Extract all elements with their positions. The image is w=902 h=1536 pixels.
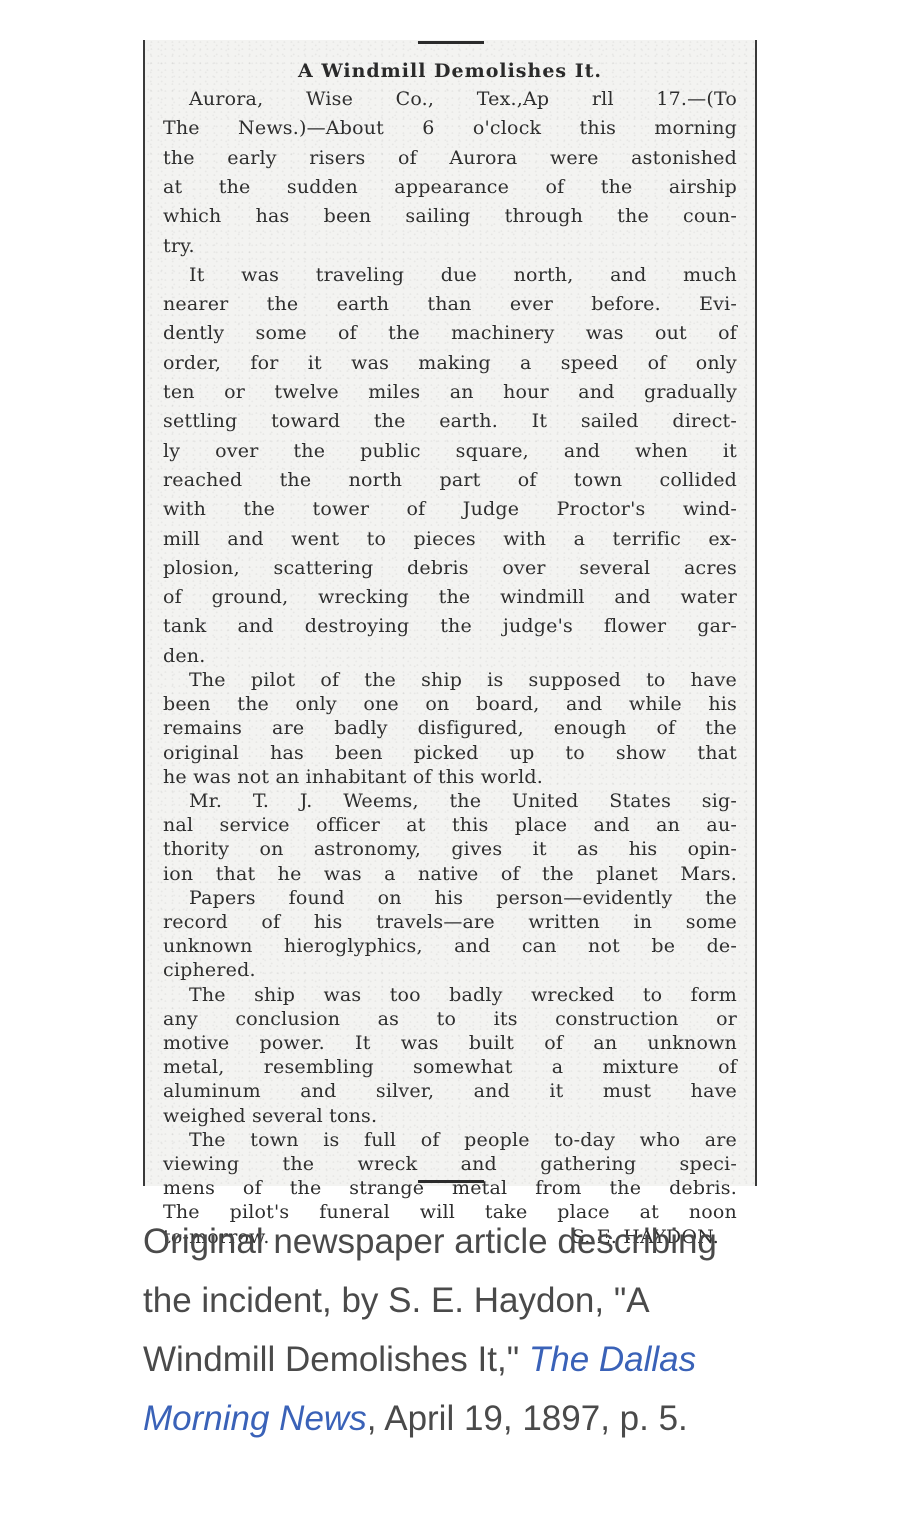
- article-line: remains are badly disfigured, enough of …: [163, 719, 737, 738]
- article-line: which has been sailing through the coun-: [163, 207, 737, 226]
- article-line: It was traveling due north, and much: [189, 266, 737, 285]
- article-line: order, for it was making a speed of only: [163, 354, 737, 373]
- newspaper-clipping: A Windmill Demolishes It. Aurora, Wise C…: [143, 40, 757, 1186]
- article-line: viewing the wreck and gathering speci-: [163, 1155, 737, 1174]
- article-line: thority on astronomy, gives it as his op…: [163, 840, 737, 859]
- article-line: reached the north part of town collided: [163, 471, 737, 490]
- article-line: settling toward the earth. It sailed dir…: [163, 412, 737, 431]
- article-line: any conclusion as to its construction or: [163, 1010, 737, 1029]
- article-line: ly over the public square, and when it: [163, 442, 737, 461]
- article-line: ciphered.: [163, 961, 737, 980]
- article-line: Aurora, Wise Co., Tex.,Ap rll 17.—(To: [189, 90, 737, 109]
- article-line: with the tower of Judge Proctor's wind-: [163, 500, 737, 519]
- image-caption: Original newspaper article describing th…: [143, 1212, 763, 1448]
- article-line: ten or twelve miles an hour and graduall…: [163, 383, 737, 402]
- article-line: of ground, wrecking the windmill and wat…: [163, 588, 737, 607]
- column-rule-left: [143, 40, 145, 1186]
- article-line: ion that he was a native of the planet M…: [163, 865, 737, 884]
- article-line: nearer the earth than ever before. Evi-: [163, 295, 737, 314]
- article-line: den.: [163, 647, 737, 666]
- article-line: weighed several tons.: [163, 1107, 737, 1126]
- article-line: tank and destroying the judge's flower g…: [163, 617, 737, 636]
- article-line: The News.)—About 6 o'clock this morning: [163, 119, 737, 138]
- article-line: The town is full of people to-day who ar…: [189, 1131, 737, 1150]
- top-dash-divider: [418, 41, 484, 44]
- article-line: the early risers of Aurora were astonish…: [163, 149, 737, 168]
- article-line: Mr. T. J. Weems, the United States sig-: [189, 792, 737, 811]
- article-line: Papers found on his person—evidently the: [189, 889, 737, 908]
- article-line: metal, resembling somewhat a mixture of: [163, 1058, 737, 1077]
- article-line: try.: [163, 237, 737, 256]
- article-headline: A Windmill Demolishes It.: [143, 60, 757, 82]
- article-line: The pilot of the ship is supposed to hav…: [189, 671, 737, 690]
- article-line: motive power. It was built of an unknown: [163, 1034, 737, 1053]
- article-line: The ship was too badly wrecked to form: [189, 986, 737, 1005]
- article-line: aluminum and silver, and it must have: [163, 1082, 737, 1101]
- article-line: dently some of the machinery was out of: [163, 324, 737, 343]
- article-line: at the sudden appearance of the airship: [163, 178, 737, 197]
- bottom-dash-divider: [418, 1180, 484, 1183]
- article-line: mill and went to pieces with a terrific …: [163, 530, 737, 549]
- caption-date: , April 19, 1897, p. 5.: [367, 1399, 688, 1438]
- article-line: original has been picked up to show that: [163, 744, 737, 763]
- article-line: he was not an inhabitant of this world.: [163, 768, 737, 787]
- article-line: been the only one on board, and while hi…: [163, 695, 737, 714]
- article-line: record of his travels—are written in som…: [163, 913, 737, 932]
- article-line: nal service officer at this place and an…: [163, 816, 737, 835]
- article-line: unknown hieroglyphics, and can not be de…: [163, 937, 737, 956]
- column-rule-right: [755, 40, 757, 1186]
- article-line: plosion, scattering debris over several …: [163, 559, 737, 578]
